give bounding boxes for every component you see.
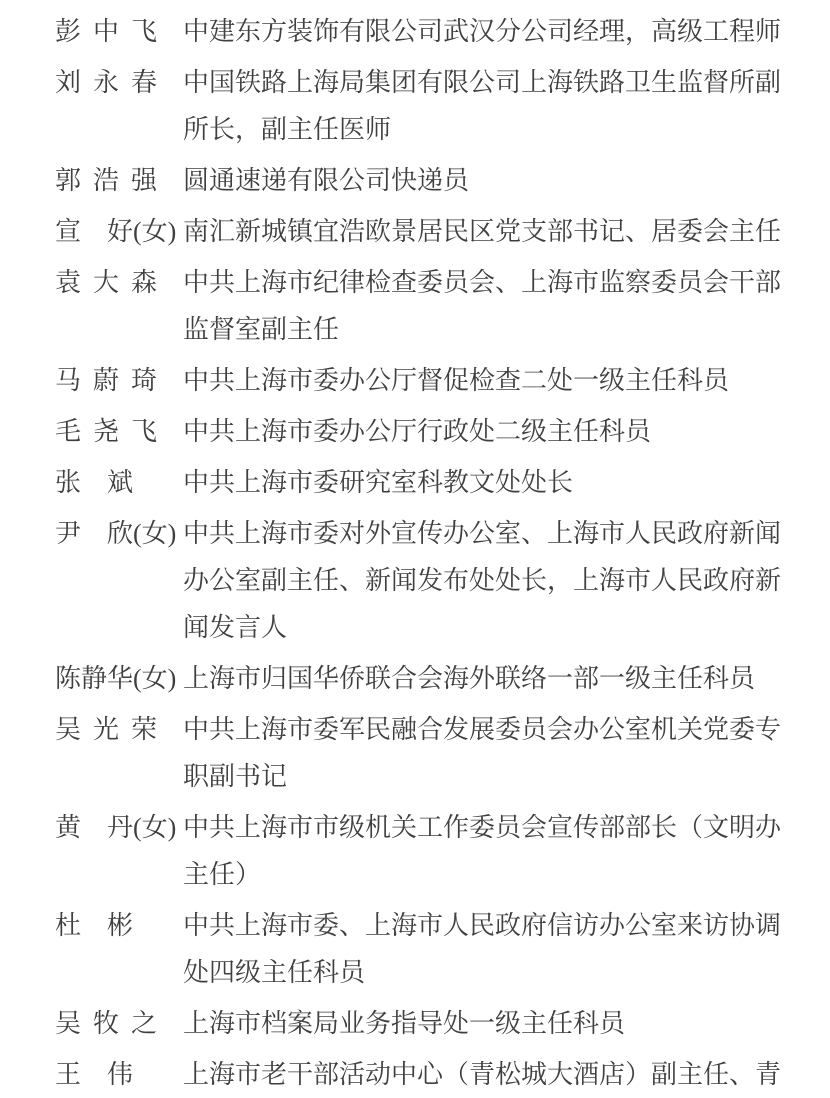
person-position: 中共上海市委办公厅行政处二级主任科员 bbox=[183, 408, 802, 455]
name-cell: 郭浩强 bbox=[55, 157, 183, 204]
list-item: 刘永春 中国铁路上海局集团有限公司上海铁路卫生监督所副 所长，副主任医师 bbox=[55, 59, 802, 153]
person-position: 南汇新城镇宜浩欧景居民区党支部书记、居委会主任 bbox=[183, 208, 802, 255]
person-position: 中共上海市委办公厅督促检查二处一级主任科员 bbox=[183, 357, 802, 404]
list-item: 宣 好(女) 南汇新城镇宜浩欧景居民区党支部书记、居委会主任 bbox=[55, 208, 802, 255]
name-cell: 袁大森 bbox=[55, 259, 183, 306]
person-name: 杜 彬 bbox=[55, 902, 133, 949]
person-position: 中共上海市委对外宣传办公室、上海市人民政府新闻 办公室副主任、新闻发布处处长，上… bbox=[183, 510, 802, 651]
gender-marker: (女) bbox=[133, 510, 176, 557]
person-name: 马蔚琦 bbox=[55, 357, 169, 404]
list-item: 彭中飞 中建东方装饰有限公司武汉分公司经理，高级工程师 bbox=[55, 8, 802, 55]
list-item: 黄 丹(女) 中共上海市市级机关工作委员会宣传部部长（文明办 主任） bbox=[55, 804, 802, 898]
person-name: 彭中飞 bbox=[55, 8, 169, 55]
person-name: 刘永春 bbox=[55, 59, 169, 106]
person-position: 上海市老干部活动中心（青松城大酒店）副主任、青 bbox=[183, 1051, 802, 1098]
name-cell: 杜 彬 bbox=[55, 902, 183, 949]
name-cell: 毛尧飞 bbox=[55, 408, 183, 455]
name-cell: 马蔚琦 bbox=[55, 357, 183, 404]
name-cell: 彭中飞 bbox=[55, 8, 183, 55]
person-name: 尹 欣 bbox=[55, 510, 133, 557]
list-item: 陈静华(女) 上海市归国华侨联合会海外联络一部一级主任科员 bbox=[55, 655, 802, 702]
list-item: 张 斌 中共上海市委研究室科教文处处长 bbox=[55, 459, 802, 506]
person-name: 袁大森 bbox=[55, 259, 169, 306]
list-item: 杜 彬 中共上海市委、上海市人民政府信访办公室来访协调 处四级主任科员 bbox=[55, 902, 802, 996]
person-name: 郭浩强 bbox=[55, 157, 169, 204]
person-name: 张 斌 bbox=[55, 459, 133, 506]
list-item: 毛尧飞 中共上海市委办公厅行政处二级主任科员 bbox=[55, 408, 802, 455]
gender-marker: (女) bbox=[133, 208, 176, 255]
list-item: 袁大森 中共上海市纪律检查委员会、上海市监察委员会干部 监督室副主任 bbox=[55, 259, 802, 353]
person-name: 宣 好 bbox=[55, 208, 133, 255]
document-page: { "page": { "background_color": "#ffffff… bbox=[0, 0, 830, 1098]
person-position: 中共上海市纪律检查委员会、上海市监察委员会干部 监督室副主任 bbox=[183, 259, 802, 353]
person-name: 王 伟 bbox=[55, 1051, 133, 1098]
person-name: 毛尧飞 bbox=[55, 408, 169, 455]
name-cell: 黄 丹(女) bbox=[55, 804, 183, 851]
honor-roll-list: 彭中飞 中建东方装饰有限公司武汉分公司经理，高级工程师 刘永春 中国铁路上海局集… bbox=[0, 0, 830, 1098]
person-position: 中共上海市委、上海市人民政府信访办公室来访协调 处四级主任科员 bbox=[183, 902, 802, 996]
person-name: 吴光荣 bbox=[55, 706, 169, 753]
gender-marker: (女) bbox=[133, 804, 176, 851]
person-position: 上海市归国华侨联合会海外联络一部一级主任科员 bbox=[183, 655, 802, 702]
person-name: 陈静华 bbox=[55, 655, 133, 702]
name-cell: 吴光荣 bbox=[55, 706, 183, 753]
list-item: 尹 欣(女) 中共上海市委对外宣传办公室、上海市人民政府新闻 办公室副主任、新闻… bbox=[55, 510, 802, 651]
list-item: 吴牧之 上海市档案局业务指导处一级主任科员 bbox=[55, 1000, 802, 1047]
name-cell: 张 斌 bbox=[55, 459, 183, 506]
name-cell: 陈静华(女) bbox=[55, 655, 183, 702]
name-cell: 尹 欣(女) bbox=[55, 510, 183, 557]
person-position: 中共上海市委研究室科教文处处长 bbox=[183, 459, 802, 506]
person-position: 圆通速递有限公司快递员 bbox=[183, 157, 802, 204]
name-cell: 王 伟 bbox=[55, 1051, 183, 1098]
person-position: 中国铁路上海局集团有限公司上海铁路卫生监督所副 所长，副主任医师 bbox=[183, 59, 802, 153]
name-cell: 刘永春 bbox=[55, 59, 183, 106]
person-position: 中共上海市市级机关工作委员会宣传部部长（文明办 主任） bbox=[183, 804, 802, 898]
person-position: 中建东方装饰有限公司武汉分公司经理，高级工程师 bbox=[183, 8, 802, 55]
list-item: 吴光荣 中共上海市委军民融合发展委员会办公室机关党委专 职副书记 bbox=[55, 706, 802, 800]
name-cell: 宣 好(女) bbox=[55, 208, 183, 255]
list-item: 马蔚琦 中共上海市委办公厅督促检查二处一级主任科员 bbox=[55, 357, 802, 404]
person-position: 中共上海市委军民融合发展委员会办公室机关党委专 职副书记 bbox=[183, 706, 802, 800]
person-name: 黄 丹 bbox=[55, 804, 133, 851]
gender-marker: (女) bbox=[133, 655, 176, 702]
person-position: 上海市档案局业务指导处一级主任科员 bbox=[183, 1000, 802, 1047]
name-cell: 吴牧之 bbox=[55, 1000, 183, 1047]
list-item: 郭浩强 圆通速递有限公司快递员 bbox=[55, 157, 802, 204]
list-item: 王 伟 上海市老干部活动中心（青松城大酒店）副主任、青 bbox=[55, 1051, 802, 1098]
person-name: 吴牧之 bbox=[55, 1000, 169, 1047]
